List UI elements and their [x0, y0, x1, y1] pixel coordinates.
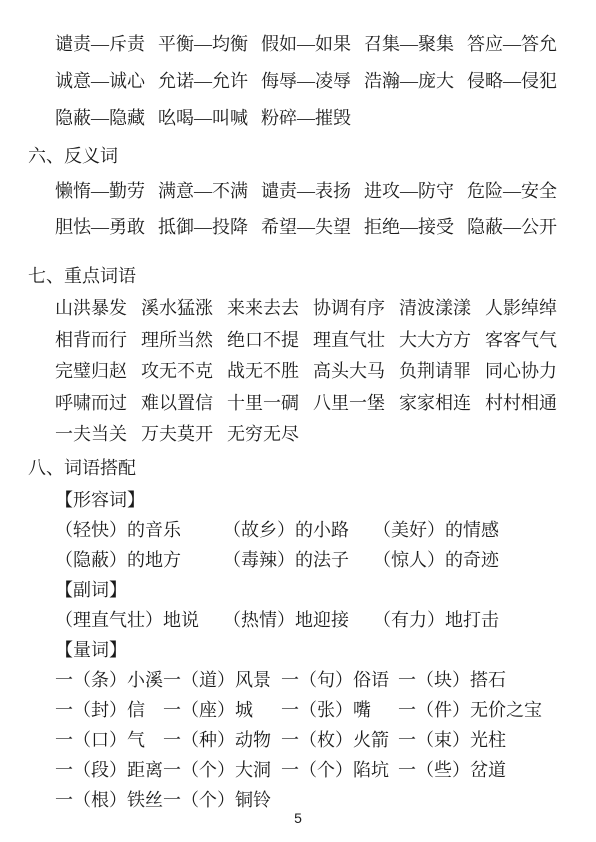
- word-item: 平衡—均衡: [158, 26, 261, 63]
- section-heading: 八、词语搭配: [28, 451, 596, 485]
- word-item: 浩瀚—庞大: [364, 63, 467, 100]
- word-item: （理直气壮）地说: [55, 605, 223, 635]
- page-number: 5: [0, 810, 596, 826]
- word-item: 一（个）大洞: [163, 755, 281, 785]
- word-item: 一（束）光柱: [398, 725, 596, 755]
- subsection-label: 【副词】: [55, 575, 596, 605]
- word-item: 战无不胜: [227, 356, 313, 388]
- word-item: （美好）的情感: [373, 515, 596, 545]
- word-item: 侵略—侵犯: [467, 63, 570, 100]
- word-item: （轻快）的音乐: [55, 515, 223, 545]
- section: 八、词语搭配【形容词】（轻快）的音乐（故乡）的小路（美好）的情感（隐蔽）的地方（…: [0, 451, 596, 815]
- word-item: 同心协力: [485, 356, 571, 388]
- word-item: 一（张）嘴: [281, 695, 398, 725]
- word-row: 懒惰—勤劳满意—不满谴责—表扬进攻—防守危险—安全: [55, 173, 596, 209]
- section: 七、重点词语山洪暴发溪水猛涨来来去去协调有序清波漾漾人影绰绰相背而行理所当然绝口…: [0, 259, 596, 451]
- subsection-label: 【量词】: [55, 635, 596, 665]
- word-item: 危险—安全: [467, 173, 570, 209]
- word-item: 侮辱—凌辱: [261, 63, 364, 100]
- word-item: 一（封）信: [55, 695, 163, 725]
- subsection-label: 【形容词】: [55, 485, 596, 515]
- section: 六、反义词懒惰—勤劳满意—不满谴责—表扬进攻—防守危险—安全胆怯—勇敢抵御—投降…: [0, 139, 596, 245]
- word-item: （热情）地迎接: [223, 605, 373, 635]
- word-item: 一（口）气: [55, 725, 163, 755]
- word-item: 负荆请罪: [399, 356, 485, 388]
- word-item: 一（块）搭石: [398, 665, 596, 695]
- word-item: 一（座）城: [163, 695, 281, 725]
- word-item: 大大方方: [399, 325, 485, 357]
- word-row: 一（条）小溪一（道）风景一（句）俗语一（块）搭石: [55, 665, 596, 695]
- word-item: 十里一碉: [227, 388, 313, 420]
- word-item: 希望—失望: [261, 209, 364, 245]
- word-item: 溪水猛涨: [141, 293, 227, 325]
- word-item: 高头大马: [313, 356, 399, 388]
- word-row: 山洪暴发溪水猛涨来来去去协调有序清波漾漾人影绰绰: [55, 293, 596, 325]
- word-item: 一（道）风景: [163, 665, 281, 695]
- word-item: 万夫莫开: [141, 419, 227, 451]
- word-row: 一夫当关万夫莫开无穷无尽: [55, 419, 596, 451]
- word-item: 召集—聚集: [364, 26, 467, 63]
- word-item: 呼啸而过: [55, 388, 141, 420]
- word-item: 相背而行: [55, 325, 141, 357]
- word-row: （隐蔽）的地方（毒辣）的法子（惊人）的奇迹: [55, 545, 596, 575]
- word-row: 一（封）信一（座）城一（张）嘴一（件）无价之宝: [55, 695, 596, 725]
- word-item: 一（条）小溪: [55, 665, 163, 695]
- word-item: 山洪暴发: [55, 293, 141, 325]
- section-heading: 六、反义词: [28, 139, 596, 173]
- word-item: （故乡）的小路: [223, 515, 373, 545]
- word-item: 一（句）俗语: [281, 665, 398, 695]
- word-row: 诚意—诚心允诺—允许侮辱—凌辱浩瀚—庞大侵略—侵犯: [55, 63, 596, 100]
- word-item: 理所当然: [141, 325, 227, 357]
- word-item: 懒惰—勤劳: [55, 173, 158, 209]
- word-item: 答应—答允: [467, 26, 570, 63]
- word-item: 清波漾漾: [399, 293, 485, 325]
- word-item: 八里一堡: [313, 388, 399, 420]
- document-body: 谴责—斥责平衡—均衡假如—如果召集—聚集答应—答允诚意—诚心允诺—允许侮辱—凌辱…: [0, 26, 596, 815]
- word-item: 进攻—防守: [364, 173, 467, 209]
- word-item: 人影绰绰: [485, 293, 571, 325]
- word-row: 一（口）气一（种）动物一（枚）火箭一（束）光柱: [55, 725, 596, 755]
- word-item: 来来去去: [227, 293, 313, 325]
- word-item: 村村相通: [485, 388, 571, 420]
- word-item: 家家相连: [399, 388, 485, 420]
- word-item: 谴责—斥责: [55, 26, 158, 63]
- word-row: 呼啸而过难以置信十里一碉八里一堡家家相连村村相通: [55, 388, 596, 420]
- word-item: （惊人）的奇迹: [373, 545, 596, 575]
- section: 谴责—斥责平衡—均衡假如—如果召集—聚集答应—答允诚意—诚心允诺—允许侮辱—凌辱…: [0, 26, 596, 137]
- word-row: 相背而行理所当然绝口不提理直气壮大大方方客客气气: [55, 325, 596, 357]
- word-row: 谴责—斥责平衡—均衡假如—如果召集—聚集答应—答允: [55, 26, 596, 63]
- word-item: 隐蔽—公开: [467, 209, 570, 245]
- word-item: 一（枚）火箭: [281, 725, 398, 755]
- word-row: 隐蔽—隐藏吆喝—叫喊粉碎—摧毁: [55, 100, 596, 137]
- word-item: 无穷无尽: [227, 419, 313, 451]
- word-item: 抵御—投降: [158, 209, 261, 245]
- word-item: 假如—如果: [261, 26, 364, 63]
- word-item: （有力）地打击: [373, 605, 596, 635]
- word-item: 一（段）距离: [55, 755, 163, 785]
- word-item: 完璧归赵: [55, 356, 141, 388]
- word-item: 一夫当关: [55, 419, 141, 451]
- word-item: 满意—不满: [158, 173, 261, 209]
- word-item: 允诺—允许: [158, 63, 261, 100]
- word-item: 一（种）动物: [163, 725, 281, 755]
- word-item: 吆喝—叫喊: [158, 100, 261, 137]
- word-row: 完璧归赵攻无不克战无不胜高头大马负荆请罪同心协力: [55, 356, 596, 388]
- word-item: 协调有序: [313, 293, 399, 325]
- word-item: 理直气壮: [313, 325, 399, 357]
- word-item: （毒辣）的法子: [223, 545, 373, 575]
- word-item: 绝口不提: [227, 325, 313, 357]
- section-heading: 七、重点词语: [28, 259, 596, 293]
- word-item: 拒绝—接受: [364, 209, 467, 245]
- word-item: （隐蔽）的地方: [55, 545, 223, 575]
- word-item: 攻无不克: [141, 356, 227, 388]
- word-item: 一（些）岔道: [398, 755, 596, 785]
- word-item: 一（件）无价之宝: [398, 695, 596, 725]
- word-row: 一（段）距离一（个）大洞一（个）陷坑一（些）岔道: [55, 755, 596, 785]
- word-row: （轻快）的音乐（故乡）的小路（美好）的情感: [55, 515, 596, 545]
- word-item: 谴责—表扬: [261, 173, 364, 209]
- document-page: 谴责—斥责平衡—均衡假如—如果召集—聚集答应—答允诚意—诚心允诺—允许侮辱—凌辱…: [0, 0, 596, 842]
- word-item: 诚意—诚心: [55, 63, 158, 100]
- word-item: 隐蔽—隐藏: [55, 100, 158, 137]
- word-item: 粉碎—摧毁: [261, 100, 364, 137]
- word-item: 一（个）陷坑: [281, 755, 398, 785]
- word-item: 客客气气: [485, 325, 571, 357]
- word-item: 胆怯—勇敢: [55, 209, 158, 245]
- word-row: （理直气壮）地说（热情）地迎接（有力）地打击: [55, 605, 596, 635]
- word-item: 难以置信: [141, 388, 227, 420]
- word-row: 胆怯—勇敢抵御—投降希望—失望拒绝—接受隐蔽—公开: [55, 209, 596, 245]
